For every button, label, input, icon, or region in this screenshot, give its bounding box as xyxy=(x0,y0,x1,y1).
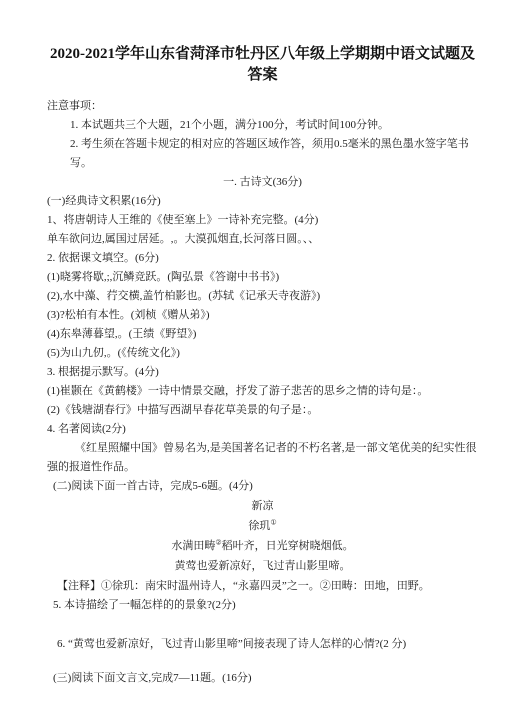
question-2-item-5: (5)为山九仞,。(《传统文化》) xyxy=(47,344,478,363)
poem-line1-start: 水满田畴 xyxy=(171,540,215,552)
poem-line-1: 水满田畴②稻叶齐，日光穿树晓烟低。 xyxy=(47,536,478,556)
question-4-prompt: 4. 名著阅读(2分) xyxy=(47,420,478,439)
poem-line-2: 黄莺也爱新凉好，飞过青山影里啼。 xyxy=(47,556,478,576)
part3-heading: (三)阅读下面文言文,完成7—11题。(16分) xyxy=(47,669,478,688)
poem-line1-rest: 稻叶齐，日光穿树晓烟低。 xyxy=(222,540,354,552)
document-page: 2020-2021学年山东省菏泽市牡丹区八年级上学期期中语文试题及答案 注意事项… xyxy=(0,0,526,702)
section-heading-ancient-poetry: 一. 古诗文(36分) xyxy=(47,173,478,192)
question-5: 5. 本诗描绘了一幅怎样的的景象?(2分) xyxy=(47,596,478,615)
document-title: 2020-2021学年山东省菏泽市牡丹区八年级上学期期中语文试题及答案 xyxy=(47,44,478,86)
poem-title: 新凉 xyxy=(47,496,478,516)
notice-heading: 注意事项： xyxy=(47,97,478,116)
part2-heading: (二)阅读下面一首古诗，完成5-6题。(4分) xyxy=(47,477,478,496)
question-2-item-4: (4)东皋薄暮望,。(王绩《野望》) xyxy=(47,325,478,344)
question-2-item-2: (2),水中藻、荇交横,盖竹柏影也。(苏轼《记承天寺夜游》) xyxy=(47,287,478,306)
poem-author: 徐玑 xyxy=(248,520,270,532)
question-2-item-3: (3)?松柏有本性。(刘桢《赠从弟》) xyxy=(47,306,478,325)
footnote-mark-1: ① xyxy=(270,518,276,526)
question-3-item-2: (2)《钱塘湖春行》中描写西湖早春花草美景的句子是：。 xyxy=(47,401,478,420)
question-2-item-1: (1)晓雾将歇,;,沉鳞竞跃。(陶弘景《答谢中书书》) xyxy=(47,268,478,287)
question-4-body: 《红星照耀中国》曾易名为,是美国著名记者的不朽名著,是一部文笔优美的纪实性很强的… xyxy=(47,439,478,477)
question-1-body: 单车欲问边,属国过居延。,。大漠孤烟直,长河落日圆。、、 xyxy=(47,230,478,249)
poem-author-line: 徐玑① xyxy=(47,516,478,536)
question-3-prompt: 3. 根据提示默写。(4分) xyxy=(47,363,478,382)
question-6: 6. “黄莺也爱新凉好，飞过青山影里啼”间接表现了诗人怎样的心情?(2 分) xyxy=(47,635,478,654)
question-1-prompt: 1、将唐朝诗人王维的《使至塞上》一诗补充完整。(4分) xyxy=(47,211,478,230)
question-2-prompt: 2. 依据课文填空。(6分) xyxy=(47,249,478,268)
poem-notes: 【注释】①徐玑：南宋时温州诗人，“永嘉四灵”之一。②田畴：田地，田野。 xyxy=(47,576,478,596)
notice-item-1: 1. 本试题共三个大题，21个小题，满分100分，考试时间100分钟。 xyxy=(47,116,478,135)
notice-item-2: 2. 考生须在答题卡规定的相对应的答题区域作答，须用0.5毫米的黑色墨水签字笔书… xyxy=(47,135,478,173)
question-3-item-1: (1)崔颢在《黄鹤楼》一诗中情景交融，抒发了游子悲苦的思乡之情的诗句是：。 xyxy=(47,382,478,401)
part1-heading: (一)经典诗文积累(16分) xyxy=(47,192,478,211)
